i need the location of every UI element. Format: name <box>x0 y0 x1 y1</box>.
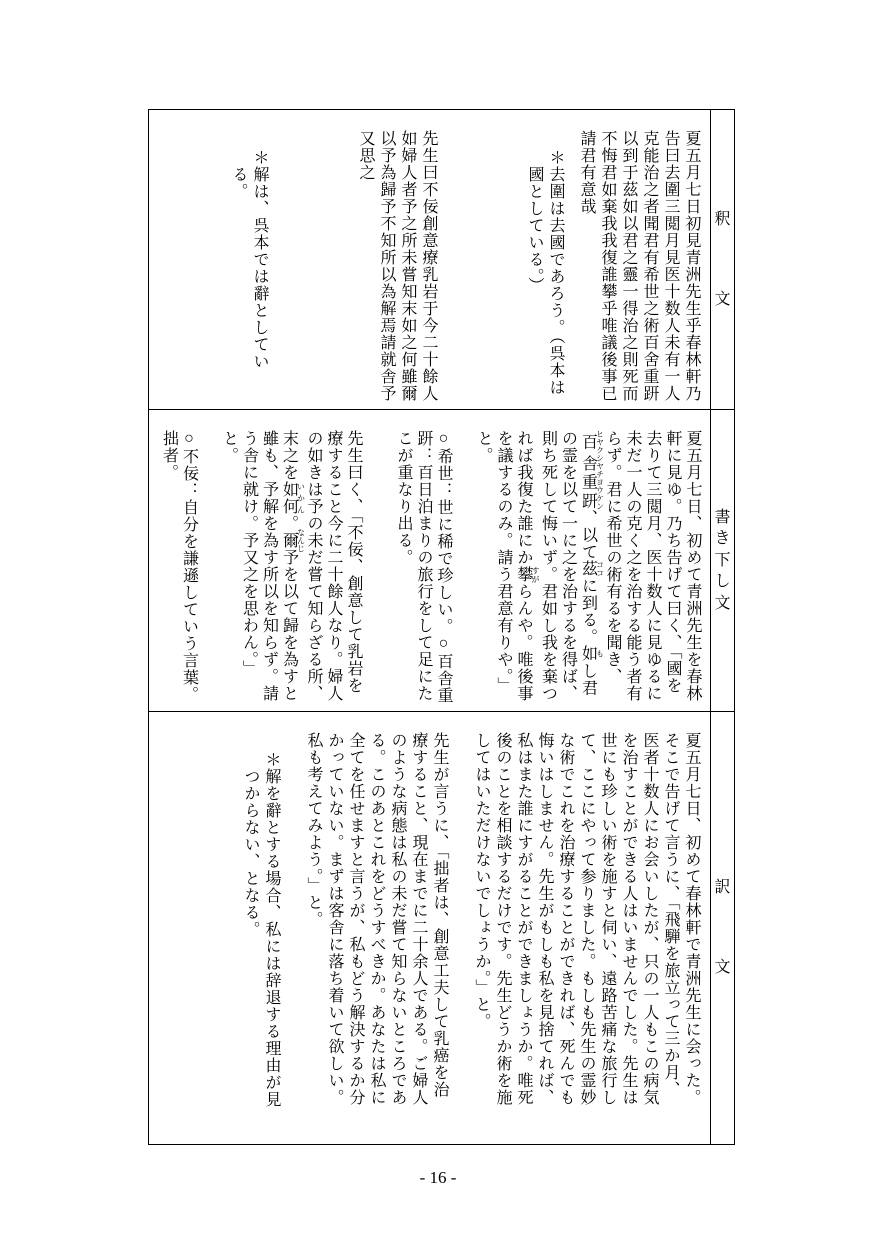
shakubun-text: 夏五月七日初見青洲先生乎春林軒乃告曰去圍三閲月見医十数人未有一人克能治之者聞君有… <box>149 110 710 409</box>
annotation-note: ○希世：世に稀で珍しい。○百舎重趼：百日泊まりの旅行をして足にたこが重なり出る。 <box>393 430 453 705</box>
section-yakubun: 夏五月七日、初めて春林軒で青洲先生に会った。そこで告げて言うに、「飛騨を旅立って… <box>149 712 734 1144</box>
section-label-char: 文 <box>714 291 730 309</box>
section-label-char: 文 <box>714 595 730 613</box>
text-paragraph: 夏五月七日、初めて春林軒で青洲先生に会った。そこで告げて言うに、「飛騨を旅立って… <box>471 732 702 1114</box>
text-paragraph: 先生が言うに、「拙者は、創意工夫して乳癌を治療すること、現在までに二十余人である… <box>303 732 450 1114</box>
kakikudashi-text: 夏五月七日、初めて青洲先生を春林軒に見ゆ。乃ち告げて曰く、「國を去りて三閲月、医… <box>149 410 710 711</box>
section-label-char: 訳 <box>714 879 730 897</box>
annotation-note: ＊解を辭とする場合、私には辞退する理由が見つからない、となる。 <box>240 732 282 1114</box>
page-number: - 16 - <box>0 1168 876 1188</box>
ruby-annotated-text: 百ヒヤク <box>580 430 597 454</box>
annotation-note: ○不佞：自分を謙遜していう言葉。拙者。 <box>159 430 199 705</box>
text-paragraph: 夏五月七日、初めて青洲先生を春林軒に見ゆ。乃ち告げて曰く、「國を去りて三閲月、医… <box>473 430 702 705</box>
annotation-note: ＊去圍は去國であろう。（呉本は國としている。） <box>524 130 566 403</box>
yakubun-text: 夏五月七日、初めて春林軒で青洲先生に会った。そこで告げて言うに、「飛騨を旅立って… <box>149 712 710 1144</box>
section-label-char: 書 <box>714 509 730 527</box>
document-page: 夏五月七日初見青洲先生乎春林軒乃告曰去圍三閲月見医十数人未有一人克能治之者聞君有… <box>0 0 876 1239</box>
document-table: 夏五月七日初見青洲先生乎春林軒乃告曰去圍三閲月見医十数人未有一人克能治之者聞君有… <box>148 109 735 1145</box>
text-paragraph: 先生曰不佞創意療乳岩于今二十餘人如婦人者予之所未嘗知末如之何雖爾以予為歸予不知所… <box>355 130 439 403</box>
text-paragraph: 夏五月七日初見青洲先生乎春林軒乃告曰去圍三閲月見医十数人未有一人克能治之者聞君有… <box>576 130 702 403</box>
ruby-annotated-text: 爾なんじ <box>281 532 298 549</box>
section-label-kakikudashi: 書き下し文 <box>710 410 734 711</box>
section-label-char: 下 <box>714 552 730 570</box>
section-shakubun: 夏五月七日初見青洲先生乎春林軒乃告曰去圍三閲月見医十数人未有一人克能治之者聞君有… <box>149 110 734 410</box>
ruby-annotated-text: 茲ココ <box>580 560 597 577</box>
ruby-annotated-text: 如も <box>580 645 597 662</box>
section-label-shakubun: 釈文 <box>710 110 734 409</box>
ruby-annotated-text: 攀すが <box>515 566 532 583</box>
section-label-char: 文 <box>714 959 730 977</box>
section-kakikudashi: 夏五月七日、初めて青洲先生を春林軒に見ゆ。乃ち告げて曰く、「國を去りて三閲月、医… <box>149 410 734 712</box>
text-paragraph: 先生曰く、「不佞、創意して乳岩を療すること今に二十餘人なり。婦人の如きは予の未だ… <box>219 430 364 705</box>
ruby-annotated-text: 如何いかん <box>281 481 298 515</box>
section-label-char: き <box>714 530 730 548</box>
section-label-char: し <box>714 573 730 591</box>
ruby-annotated-text: 舎重趼シヤチヨウケン <box>580 454 597 509</box>
annotation-note: ＊解は、呉本では辭としている。 <box>228 130 270 403</box>
section-label-char: 釈 <box>714 211 730 229</box>
section-label-yakubun: 訳文 <box>710 712 734 1144</box>
